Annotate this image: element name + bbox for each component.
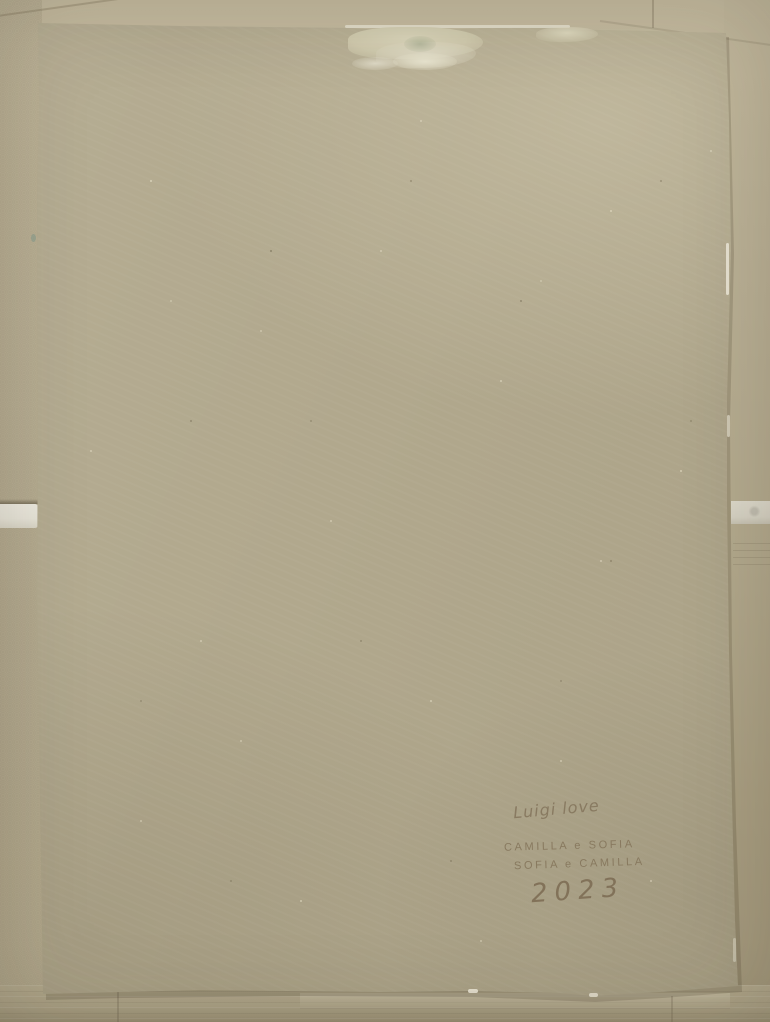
- paper-edge-highlight: [468, 989, 478, 993]
- paper-edge-highlight: [589, 993, 598, 997]
- plaster-strip-right: [731, 501, 770, 524]
- plaster-strip-left: [0, 504, 38, 528]
- paper-edge-highlight: [345, 25, 570, 28]
- cardboard-corrugation-lines: [733, 543, 770, 571]
- paper-edge-highlight: [726, 243, 729, 295]
- paper-speckles-light: [150, 180, 152, 182]
- paper-edge-teal-fleck: [31, 234, 36, 242]
- cardboard-crease-bottom-right: [671, 996, 673, 1022]
- paper-edge-highlight: [733, 938, 736, 962]
- paper-sheet: [0, 0, 770, 1022]
- cardboard-crease-top: [652, 0, 654, 28]
- paper-edge-highlight: [727, 415, 730, 437]
- artwork-back-photo: Luigi love CAMILLA e SOFIA SOFIA e CAMIL…: [0, 0, 770, 1022]
- paper-speckles-dark: [270, 250, 272, 252]
